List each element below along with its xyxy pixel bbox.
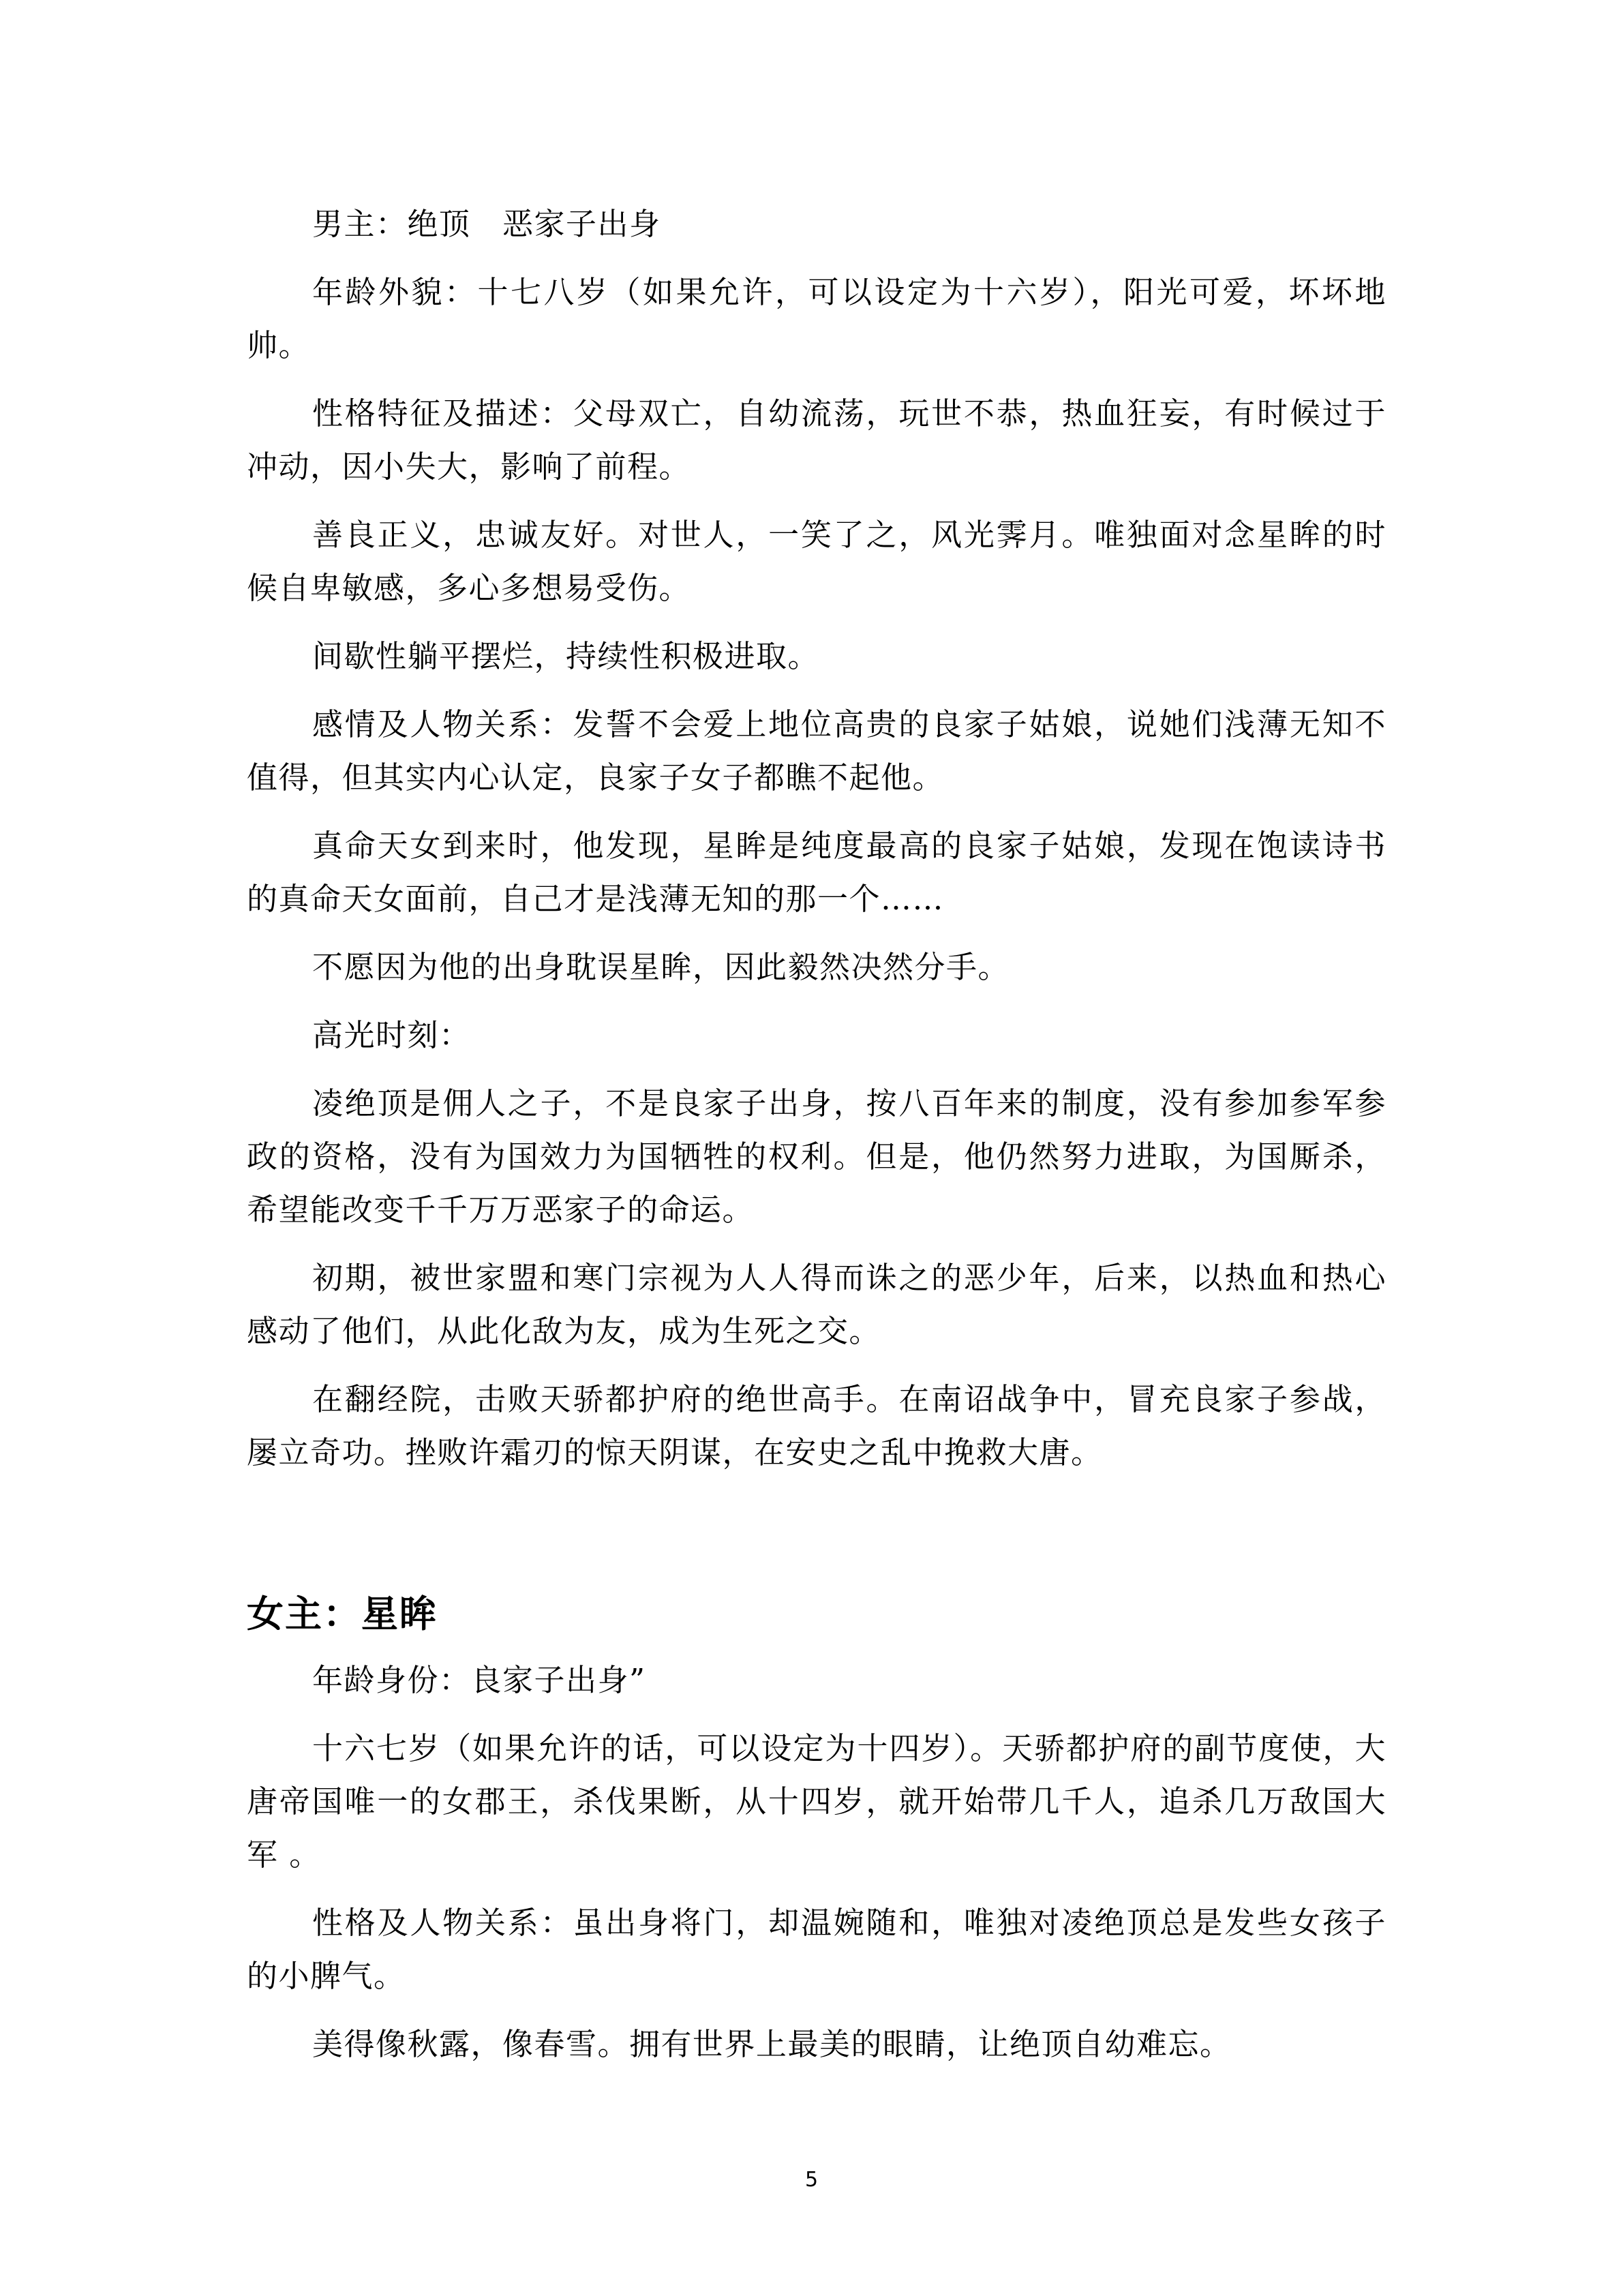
paragraph-age-rank: 十六七岁（如果允许的话，可以设定为十四岁）。天骄都护府的副节度使，大唐帝国唯一的…	[247, 1722, 1386, 1882]
paragraph-early-period: 初期，被世家盟和寒门宗视为人人得而诛之的恶少年，后来，以热血和热心感动了他们，从…	[247, 1252, 1386, 1358]
document-page: 男主：绝顶 恶家子出身 年龄外貌：十七八岁（如果允许，可以设定为十六岁），阳光可…	[0, 0, 1623, 2296]
paragraph-breakup: 不愿因为他的出身耽误星眸，因此毅然决然分手。	[247, 941, 1386, 994]
page-content: 男主：绝顶 恶家子出身 年龄外貌：十七八岁（如果允许，可以设定为十六岁），阳光可…	[247, 198, 1386, 2086]
paragraph-true-love: 真命天女到来时，他发现，星眸是纯度最高的良家子姑娘，发现在饱读诗书的真命天女面前…	[247, 819, 1386, 926]
paragraph-kindness: 善良正义，忠诚友好。对世人，一笑了之，风光霁月。唯独面对念星眸的时候自卑敏感，多…	[247, 509, 1386, 615]
paragraph-achievements: 在翻经院，击败天骄都护府的绝世高手。在南诏战争中，冒充良家子参战，屡立奇功。挫败…	[247, 1373, 1386, 1479]
paragraph-beauty: 美得像秋露，像春雪。拥有世界上最美的眼睛，让绝顶自幼难忘。	[247, 2018, 1386, 2071]
paragraph-age-identity: 年龄身份：良家子出身”	[247, 1654, 1386, 1707]
paragraph-relationships: 感情及人物关系：发誓不会爱上地位高贵的良家子姑娘，说她们浅薄无知不值得，但其实内…	[247, 698, 1386, 804]
paragraph-age-appearance: 年龄外貌：十七八岁（如果允许，可以设定为十六岁），阳光可爱，坏坏地帅。	[247, 266, 1386, 372]
male-lead-title: 男主：绝顶 恶家子出身	[247, 198, 1386, 251]
female-lead-heading: 女主：星眸	[247, 1587, 1386, 1642]
paragraph-intermittent: 间歇性躺平摆烂，持续性积极进取。	[247, 630, 1386, 683]
page-number: 5	[0, 2168, 1623, 2192]
paragraph-personality-relations: 性格及人物关系：虽出身将门，却温婉随和，唯独对凌绝顶总是发些女孩子的小脾气。	[247, 1897, 1386, 2003]
section-spacer	[247, 1494, 1386, 1587]
paragraph-personality: 性格特征及描述：父母双亡，自幼流荡，玩世不恭，热血狂妄，有时候过于冲动，因小失大…	[247, 387, 1386, 494]
paragraph-servant-son: 凌绝顶是佣人之子，不是良家子出身，按八百年来的制度，没有参加参军参政的资格，没有…	[247, 1077, 1386, 1237]
paragraph-highlights-label: 高光时刻：	[247, 1009, 1386, 1062]
